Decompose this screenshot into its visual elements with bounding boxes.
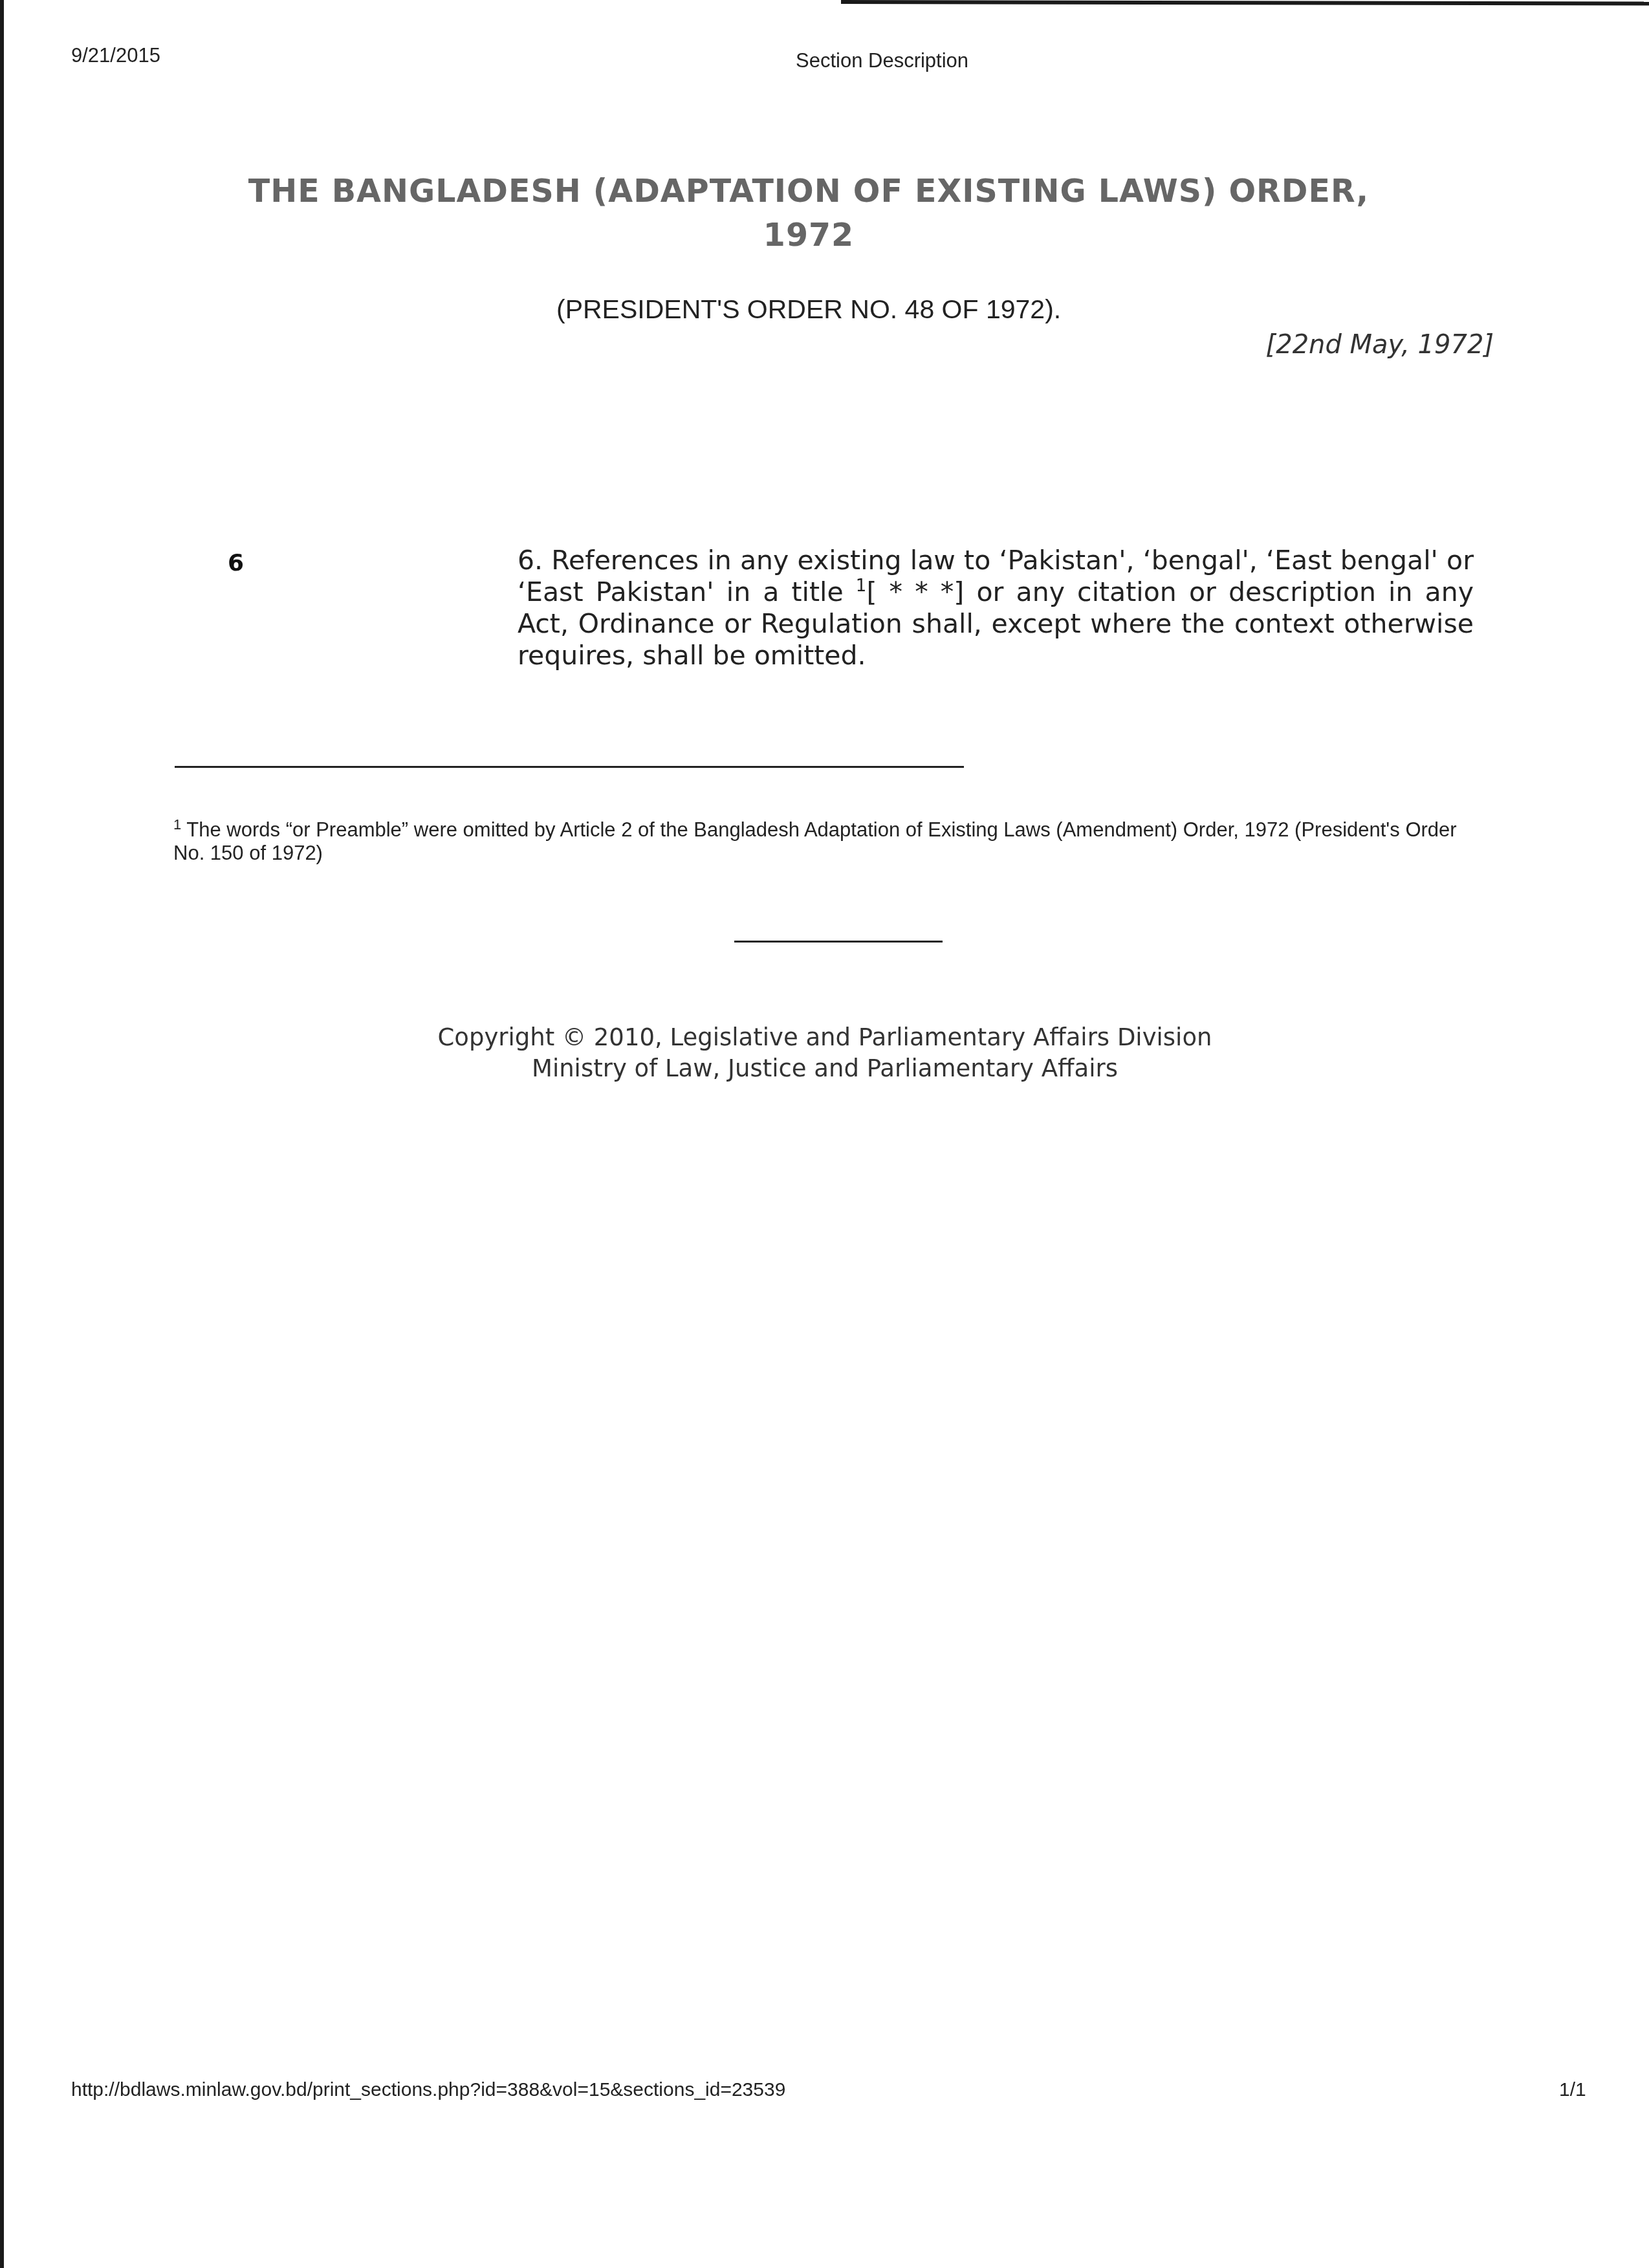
section-end-divider — [734, 941, 943, 943]
page-indicator: 1/1 — [1559, 2079, 1586, 2101]
order-number: (PRESIDENT'S ORDER NO. 48 OF 1972). — [556, 294, 1061, 325]
footnote-divider — [175, 766, 964, 768]
scan-edge — [841, 0, 1649, 6]
scan-edge — [0, 0, 4, 2268]
print-source-url: http://bdlaws.minlaw.gov.bd/print_sectio… — [71, 2079, 785, 2101]
document-title: THE BANGLADESH (ADAPTATION OF EXISTING L… — [162, 169, 1456, 257]
footnote-reference: 1 — [856, 576, 867, 596]
copyright-line1: Copyright © 2010, Legislative and Parlia… — [259, 1022, 1391, 1053]
section-text: 6. References in any existing law to ‘Pa… — [518, 545, 1474, 671]
document-title-line1: THE BANGLADESH (ADAPTATION OF EXISTING L… — [162, 169, 1456, 213]
copyright-notice: Copyright © 2010, Legislative and Parlia… — [259, 1022, 1391, 1084]
footnote-text: The words “or Preamble” were omitted by … — [173, 818, 1457, 864]
print-header-title: Section Description — [796, 49, 968, 72]
footnote-marker: 1 — [173, 816, 181, 833]
copyright-line2: Ministry of Law, Justice and Parliamenta… — [259, 1053, 1391, 1084]
section-margin-number: 6 — [228, 550, 244, 576]
footnote: 1 The words “or Preamble” were omitted b… — [173, 818, 1474, 865]
print-date: 9/21/2015 — [71, 44, 160, 67]
document-title-line2: 1972 — [162, 213, 1456, 257]
order-date: [22nd May, 1972] — [1266, 330, 1494, 360]
